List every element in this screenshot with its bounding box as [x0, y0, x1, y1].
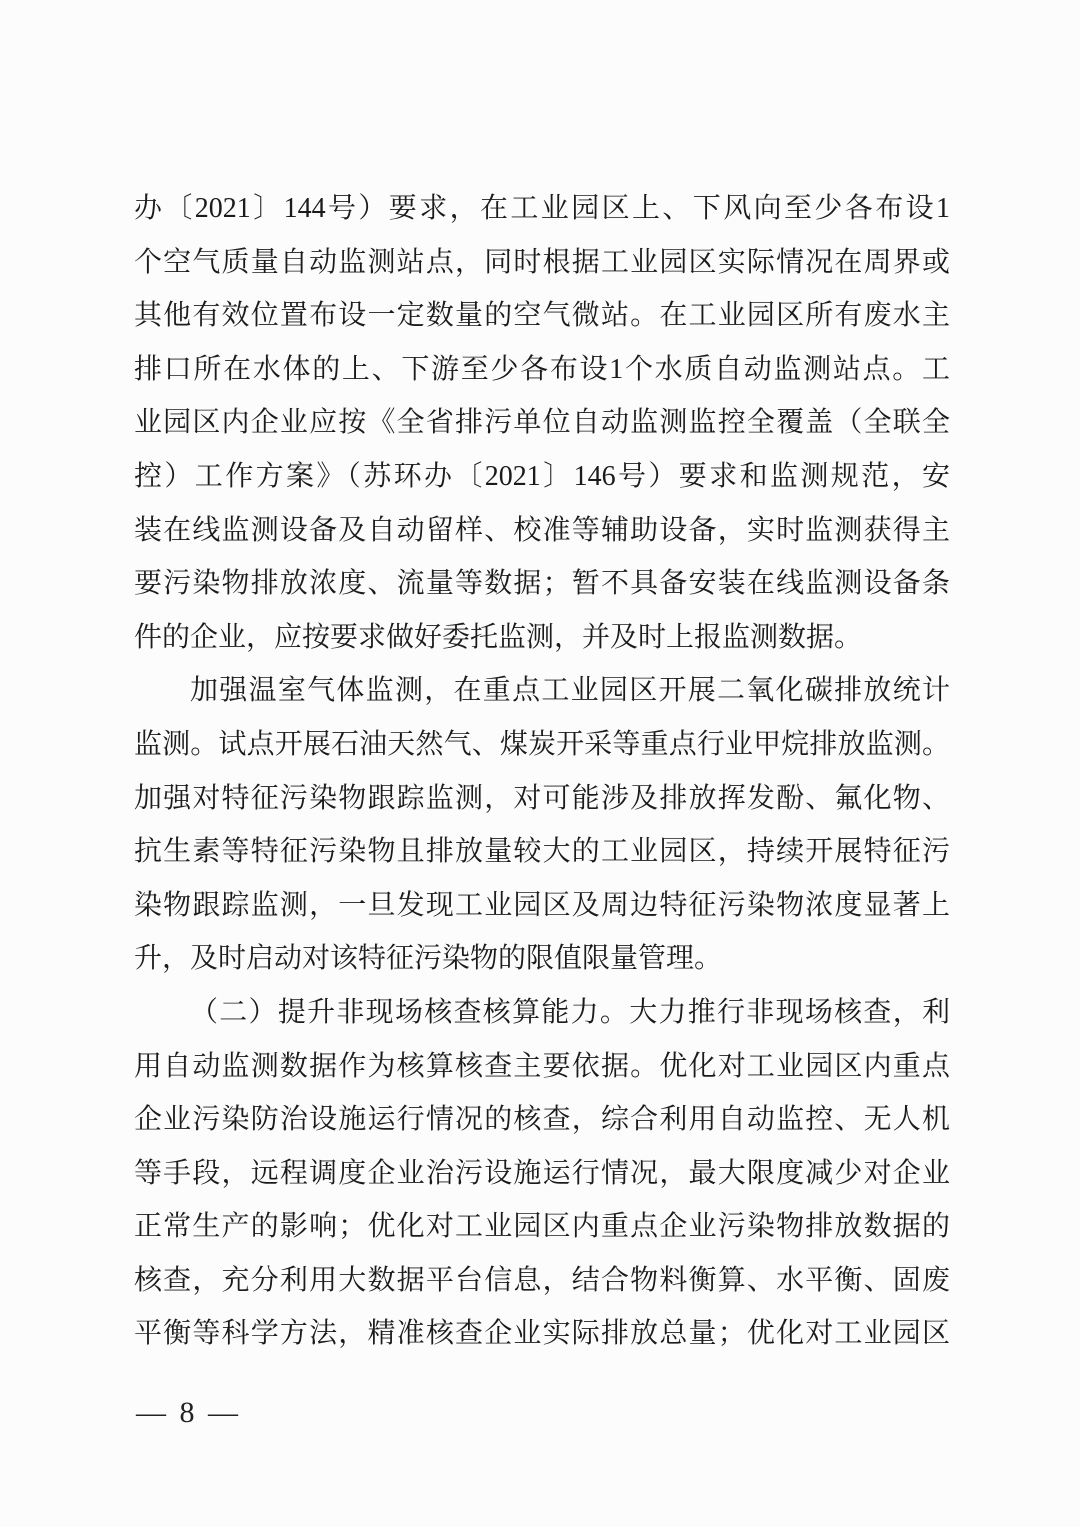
text-line: 加强温室气体监测，在重点工业园区开展二氧化碳排放统计 [134, 664, 950, 718]
text-line: 业园区内企业应按《全省排污单位自动监测监控全覆盖（全联全 [134, 396, 950, 450]
text-line: 升，及时启动对该特征污染物的限值限量管理。 [134, 932, 950, 986]
text-line: 等手段，远程调度企业治污设施运行情况，最大限度减少对企业 [134, 1147, 950, 1201]
text-line: 件的企业，应按要求做好委托监测，并及时上报监测数据。 [134, 611, 950, 665]
text-line: 排口所在水体的上、下游至少各布设1个水质自动监测站点。工 [134, 343, 950, 397]
text-line: 抗生素等特征污染物且排放量较大的工业园区，持续开展特征污 [134, 825, 950, 879]
text-line: 正常生产的影响；优化对工业园区内重点企业污染物排放数据的 [134, 1200, 950, 1254]
text-line: （二）提升非现场核查核算能力。大力推行非现场核查，利 [134, 986, 950, 1040]
text-line: 平衡等科学方法，精准核查企业实际排放总量；优化对工业园区 [134, 1307, 950, 1361]
text-line: 监测。试点开展石油天然气、煤炭开采等重点行业甲烷排放监测。 [134, 718, 950, 772]
page-number: — 8 — [136, 1396, 241, 1430]
text-line: 控）工作方案》（苏环办〔2021〕146号）要求和监测规范，安 [134, 450, 950, 504]
body-text: 办〔2021〕144号）要求，在工业园区上、下风向至少各布设1 个空气质量自动监… [134, 182, 950, 1361]
text-line: 其他有效位置布设一定数量的空气微站。在工业园区所有废水主 [134, 289, 950, 343]
text-line: 染物跟踪监测，一旦发现工业园区及周边特征污染物浓度显著上 [134, 879, 950, 933]
text-line: 办〔2021〕144号）要求，在工业园区上、下风向至少各布设1 [134, 182, 950, 236]
document-page: 办〔2021〕144号）要求，在工业园区上、下风向至少各布设1 个空气质量自动监… [0, 0, 1080, 1527]
text-line: 要污染物排放浓度、流量等数据；暂不具备安装在线监测设备条 [134, 557, 950, 611]
text-line: 个空气质量自动监测站点，同时根据工业园区实际情况在周界或 [134, 236, 950, 290]
text-line: 装在线监测设备及自动留样、校准等辅助设备，实时监测获得主 [134, 504, 950, 558]
text-line: 用自动监测数据作为核算核查主要依据。优化对工业园区内重点 [134, 1040, 950, 1094]
text-line: 企业污染防治设施运行情况的核查，综合利用自动监控、无人机 [134, 1093, 950, 1147]
text-line: 加强对特征污染物跟踪监测，对可能涉及排放挥发酚、氟化物、 [134, 772, 950, 826]
text-line: 核查，充分利用大数据平台信息，结合物料衡算、水平衡、固废 [134, 1254, 950, 1308]
